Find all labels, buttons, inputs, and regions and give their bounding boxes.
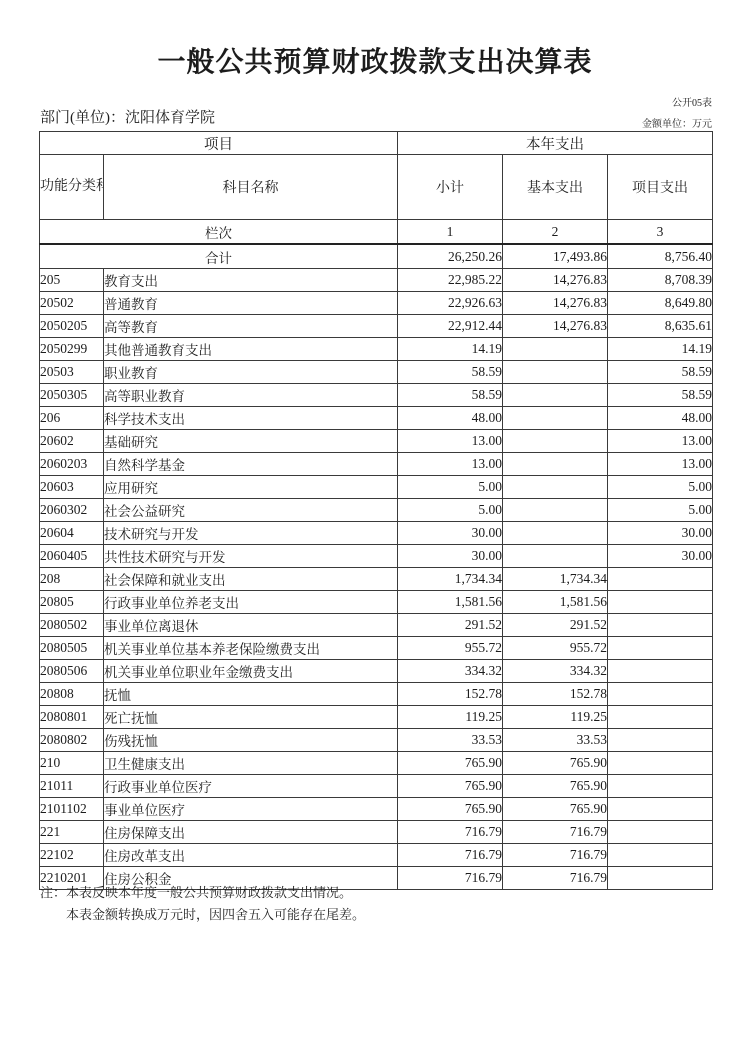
row-function-code: 2101102 bbox=[40, 798, 104, 821]
row-subject-name: 其他普通教育支出 bbox=[104, 338, 398, 361]
row-function-code: 20604 bbox=[40, 522, 104, 545]
row-project-value: 13.00 bbox=[608, 453, 713, 476]
row-project-value bbox=[608, 568, 713, 591]
row-subject-name: 共性技术研究与开发 bbox=[104, 545, 398, 568]
row-function-code: 20502 bbox=[40, 292, 104, 315]
row-project-value bbox=[608, 798, 713, 821]
row-subtotal-value: 22,985.22 bbox=[398, 269, 503, 292]
row-project-value: 13.00 bbox=[608, 430, 713, 453]
row-function-code: 2060302 bbox=[40, 499, 104, 522]
row-subject-name: 科学技术支出 bbox=[104, 407, 398, 430]
table-row: 20805 行政事业单位养老支出 1,581.56 1,581.56 bbox=[40, 591, 713, 614]
table-notes: 注：本表反映本年度一般公共预算财政拨款支出情况。 本表金额转换成万元时，因四舍五… bbox=[40, 882, 365, 926]
table-row: 2080506 机关事业单位职业年金缴费支出 334.32 334.32 bbox=[40, 660, 713, 683]
row-function-code: 2050305 bbox=[40, 384, 104, 407]
row-subtotal-value: 152.78 bbox=[398, 683, 503, 706]
row-function-code: 208 bbox=[40, 568, 104, 591]
table-row: 2080502 事业单位离退休 291.52 291.52 bbox=[40, 614, 713, 637]
table-row: 2050205 高等教育 22,912.44 14,276.83 8,635.6… bbox=[40, 315, 713, 338]
row-function-code: 20602 bbox=[40, 430, 104, 453]
row-subtotal-value: 716.79 bbox=[398, 821, 503, 844]
row-function-code: 20808 bbox=[40, 683, 104, 706]
table-row: 210 卫生健康支出 765.90 765.90 bbox=[40, 752, 713, 775]
row-basic-value: 152.78 bbox=[503, 683, 608, 706]
row-project-value bbox=[608, 591, 713, 614]
row-basic-value: 716.79 bbox=[503, 844, 608, 867]
header-basic-expenditure: 基本支出 bbox=[503, 155, 608, 220]
header-project-group: 项目 bbox=[40, 132, 398, 155]
row-project-value: 5.00 bbox=[608, 476, 713, 499]
row-project-value bbox=[608, 775, 713, 798]
row-project-value: 8,635.61 bbox=[608, 315, 713, 338]
row-subtotal-value: 955.72 bbox=[398, 637, 503, 660]
header-function-code: 功能分类科目编码 bbox=[40, 155, 104, 220]
row-subtotal-value: 5.00 bbox=[398, 476, 503, 499]
row-subtotal-value: 58.59 bbox=[398, 361, 503, 384]
row-basic-value bbox=[503, 522, 608, 545]
row-function-code: 20503 bbox=[40, 361, 104, 384]
row-subtotal-value: 5.00 bbox=[398, 499, 503, 522]
row-function-code: 20603 bbox=[40, 476, 104, 499]
table-row: 20602 基础研究 13.00 13.00 bbox=[40, 430, 713, 453]
row-basic-value: 33.53 bbox=[503, 729, 608, 752]
row-project-value: 30.00 bbox=[608, 545, 713, 568]
table-row: 20603 应用研究 5.00 5.00 bbox=[40, 476, 713, 499]
document-page: 一般公共预算财政拨款支出决算表 公开05表 部门(单位)：沈阳体育学院 金额单位… bbox=[0, 0, 750, 1061]
row-function-code: 2060405 bbox=[40, 545, 104, 568]
row-project-value: 48.00 bbox=[608, 407, 713, 430]
table-row: 2101102 事业单位医疗 765.90 765.90 bbox=[40, 798, 713, 821]
row-project-value: 8,708.39 bbox=[608, 269, 713, 292]
row-basic-value bbox=[503, 499, 608, 522]
row-function-code: 2080801 bbox=[40, 706, 104, 729]
table-row: 20503 职业教育 58.59 58.59 bbox=[40, 361, 713, 384]
row-subject-name: 高等教育 bbox=[104, 315, 398, 338]
row-subject-name: 住房保障支出 bbox=[104, 821, 398, 844]
row-basic-value bbox=[503, 407, 608, 430]
row-basic-value bbox=[503, 361, 608, 384]
row-basic-value bbox=[503, 545, 608, 568]
row-subtotal-value: 1,734.34 bbox=[398, 568, 503, 591]
row-function-code: 2060203 bbox=[40, 453, 104, 476]
row-subject-name: 机关事业单位职业年金缴费支出 bbox=[104, 660, 398, 683]
row-basic-value: 765.90 bbox=[503, 775, 608, 798]
row-subtotal-value: 334.32 bbox=[398, 660, 503, 683]
table-row: 2060203 自然科学基金 13.00 13.00 bbox=[40, 453, 713, 476]
total-basic: 17,493.86 bbox=[503, 244, 608, 269]
header-group-row: 项目 本年支出 bbox=[40, 132, 713, 155]
header-current-year-group: 本年支出 bbox=[398, 132, 713, 155]
row-subtotal-value: 30.00 bbox=[398, 545, 503, 568]
row-function-code: 206 bbox=[40, 407, 104, 430]
row-subject-name: 社会公益研究 bbox=[104, 499, 398, 522]
table-body: 合计 26,250.26 17,493.86 8,756.40 205 教育支出… bbox=[40, 244, 713, 890]
column-index-1: 1 bbox=[398, 220, 503, 245]
row-subtotal-value: 716.79 bbox=[398, 844, 503, 867]
row-project-value bbox=[608, 614, 713, 637]
row-basic-value: 765.90 bbox=[503, 752, 608, 775]
row-subject-name: 教育支出 bbox=[104, 269, 398, 292]
table-row: 221 住房保障支出 716.79 716.79 bbox=[40, 821, 713, 844]
row-subtotal-value: 14.19 bbox=[398, 338, 503, 361]
row-subject-name: 普通教育 bbox=[104, 292, 398, 315]
table-row: 20502 普通教育 22,926.63 14,276.83 8,649.80 bbox=[40, 292, 713, 315]
table-row: 22102 住房改革支出 716.79 716.79 bbox=[40, 844, 713, 867]
row-subject-name: 事业单位离退休 bbox=[104, 614, 398, 637]
row-project-value: 30.00 bbox=[608, 522, 713, 545]
row-basic-value: 291.52 bbox=[503, 614, 608, 637]
row-basic-value bbox=[503, 430, 608, 453]
row-project-value bbox=[608, 752, 713, 775]
row-basic-value: 119.25 bbox=[503, 706, 608, 729]
row-project-value: 5.00 bbox=[608, 499, 713, 522]
row-subject-name: 职业教育 bbox=[104, 361, 398, 384]
row-subtotal-value: 22,926.63 bbox=[398, 292, 503, 315]
note-line-1: 注：本表反映本年度一般公共预算财政拨款支出情况。 bbox=[40, 882, 365, 904]
row-subtotal-value: 48.00 bbox=[398, 407, 503, 430]
total-label: 合计 bbox=[40, 244, 398, 269]
total-row: 合计 26,250.26 17,493.86 8,756.40 bbox=[40, 244, 713, 269]
row-subtotal-value: 1,581.56 bbox=[398, 591, 503, 614]
row-subject-name: 应用研究 bbox=[104, 476, 398, 499]
row-subject-name: 事业单位医疗 bbox=[104, 798, 398, 821]
column-index-row: 栏次 1 2 3 bbox=[40, 220, 713, 245]
row-basic-value: 765.90 bbox=[503, 798, 608, 821]
row-basic-value: 716.79 bbox=[503, 867, 608, 890]
row-function-code: 221 bbox=[40, 821, 104, 844]
table-row: 206 科学技术支出 48.00 48.00 bbox=[40, 407, 713, 430]
table-row: 2080801 死亡抚恤 119.25 119.25 bbox=[40, 706, 713, 729]
row-subject-name: 死亡抚恤 bbox=[104, 706, 398, 729]
row-basic-value: 1,581.56 bbox=[503, 591, 608, 614]
row-subject-name: 行政事业单位养老支出 bbox=[104, 591, 398, 614]
total-subtotal: 26,250.26 bbox=[398, 244, 503, 269]
table-row: 21011 行政事业单位医疗 765.90 765.90 bbox=[40, 775, 713, 798]
row-project-value bbox=[608, 637, 713, 660]
row-subject-name: 住房改革支出 bbox=[104, 844, 398, 867]
header-subject-name: 科目名称 bbox=[104, 155, 398, 220]
table-row: 2080505 机关事业单位基本养老保险缴费支出 955.72 955.72 bbox=[40, 637, 713, 660]
form-code-label: 公开05表 bbox=[672, 94, 712, 109]
row-subject-name: 基础研究 bbox=[104, 430, 398, 453]
row-subtotal-value: 765.90 bbox=[398, 798, 503, 821]
row-subject-name: 高等职业教育 bbox=[104, 384, 398, 407]
row-function-code: 210 bbox=[40, 752, 104, 775]
row-function-code: 20805 bbox=[40, 591, 104, 614]
column-index-label: 栏次 bbox=[40, 220, 398, 245]
row-project-value bbox=[608, 867, 713, 890]
row-basic-value bbox=[503, 476, 608, 499]
row-basic-value: 955.72 bbox=[503, 637, 608, 660]
row-function-code: 2080505 bbox=[40, 637, 104, 660]
row-function-code: 205 bbox=[40, 269, 104, 292]
row-function-code: 21011 bbox=[40, 775, 104, 798]
table-row: 2060405 共性技术研究与开发 30.00 30.00 bbox=[40, 545, 713, 568]
row-subtotal-value: 58.59 bbox=[398, 384, 503, 407]
row-subtotal-value: 119.25 bbox=[398, 706, 503, 729]
column-index-3: 3 bbox=[608, 220, 713, 245]
table-row: 2080802 伤残抚恤 33.53 33.53 bbox=[40, 729, 713, 752]
amount-unit-label: 金额单位：万元 bbox=[642, 115, 712, 130]
row-subtotal-value: 30.00 bbox=[398, 522, 503, 545]
row-subject-name: 伤残抚恤 bbox=[104, 729, 398, 752]
table-row: 2050305 高等职业教育 58.59 58.59 bbox=[40, 384, 713, 407]
row-function-code: 2080506 bbox=[40, 660, 104, 683]
note-line-2: 本表金额转换成万元时，因四舍五入可能存在尾差。 bbox=[40, 904, 365, 926]
header-project-expenditure: 项目支出 bbox=[608, 155, 713, 220]
row-basic-value: 14,276.83 bbox=[503, 269, 608, 292]
row-project-value bbox=[608, 660, 713, 683]
column-index-2: 2 bbox=[503, 220, 608, 245]
row-function-code: 2050205 bbox=[40, 315, 104, 338]
row-subtotal-value: 13.00 bbox=[398, 453, 503, 476]
row-function-code: 22102 bbox=[40, 844, 104, 867]
row-subject-name: 自然科学基金 bbox=[104, 453, 398, 476]
table-row: 2060302 社会公益研究 5.00 5.00 bbox=[40, 499, 713, 522]
row-basic-value: 716.79 bbox=[503, 821, 608, 844]
row-project-value bbox=[608, 683, 713, 706]
row-subtotal-value: 291.52 bbox=[398, 614, 503, 637]
row-project-value bbox=[608, 821, 713, 844]
row-project-value: 8,649.80 bbox=[608, 292, 713, 315]
table-row: 208 社会保障和就业支出 1,734.34 1,734.34 bbox=[40, 568, 713, 591]
row-function-code: 2050299 bbox=[40, 338, 104, 361]
row-basic-value: 14,276.83 bbox=[503, 315, 608, 338]
row-subtotal-value: 33.53 bbox=[398, 729, 503, 752]
table-row: 20808 抚恤 152.78 152.78 bbox=[40, 683, 713, 706]
row-project-value: 14.19 bbox=[608, 338, 713, 361]
row-subject-name: 机关事业单位基本养老保险缴费支出 bbox=[104, 637, 398, 660]
department-label: 部门(单位)：沈阳体育学院 bbox=[40, 106, 215, 127]
row-subtotal-value: 765.90 bbox=[398, 752, 503, 775]
row-basic-value bbox=[503, 453, 608, 476]
table-row: 20604 技术研究与开发 30.00 30.00 bbox=[40, 522, 713, 545]
row-basic-value: 1,734.34 bbox=[503, 568, 608, 591]
row-project-value bbox=[608, 729, 713, 752]
row-subject-name: 行政事业单位医疗 bbox=[104, 775, 398, 798]
row-subtotal-value: 716.79 bbox=[398, 867, 503, 890]
row-subtotal-value: 13.00 bbox=[398, 430, 503, 453]
row-function-code: 2080502 bbox=[40, 614, 104, 637]
row-project-value: 58.59 bbox=[608, 361, 713, 384]
budget-expenditure-table: 项目 本年支出 功能分类科目编码 科目名称 小计 基本支出 项目支出 栏次 1 … bbox=[39, 131, 713, 890]
row-project-value: 58.59 bbox=[608, 384, 713, 407]
row-basic-value: 14,276.83 bbox=[503, 292, 608, 315]
row-project-value bbox=[608, 844, 713, 867]
row-subject-name: 技术研究与开发 bbox=[104, 522, 398, 545]
row-basic-value bbox=[503, 384, 608, 407]
header-subtotal: 小计 bbox=[398, 155, 503, 220]
total-project: 8,756.40 bbox=[608, 244, 713, 269]
header-columns-row: 功能分类科目编码 科目名称 小计 基本支出 项目支出 bbox=[40, 155, 713, 220]
row-function-code: 2080802 bbox=[40, 729, 104, 752]
page-title: 一般公共预算财政拨款支出决算表 bbox=[0, 40, 750, 80]
table-row: 2050299 其他普通教育支出 14.19 14.19 bbox=[40, 338, 713, 361]
row-subject-name: 社会保障和就业支出 bbox=[104, 568, 398, 591]
row-subject-name: 抚恤 bbox=[104, 683, 398, 706]
row-subtotal-value: 765.90 bbox=[398, 775, 503, 798]
table-row: 205 教育支出 22,985.22 14,276.83 8,708.39 bbox=[40, 269, 713, 292]
row-subtotal-value: 22,912.44 bbox=[398, 315, 503, 338]
row-subject-name: 卫生健康支出 bbox=[104, 752, 398, 775]
row-basic-value bbox=[503, 338, 608, 361]
row-project-value bbox=[608, 706, 713, 729]
row-basic-value: 334.32 bbox=[503, 660, 608, 683]
